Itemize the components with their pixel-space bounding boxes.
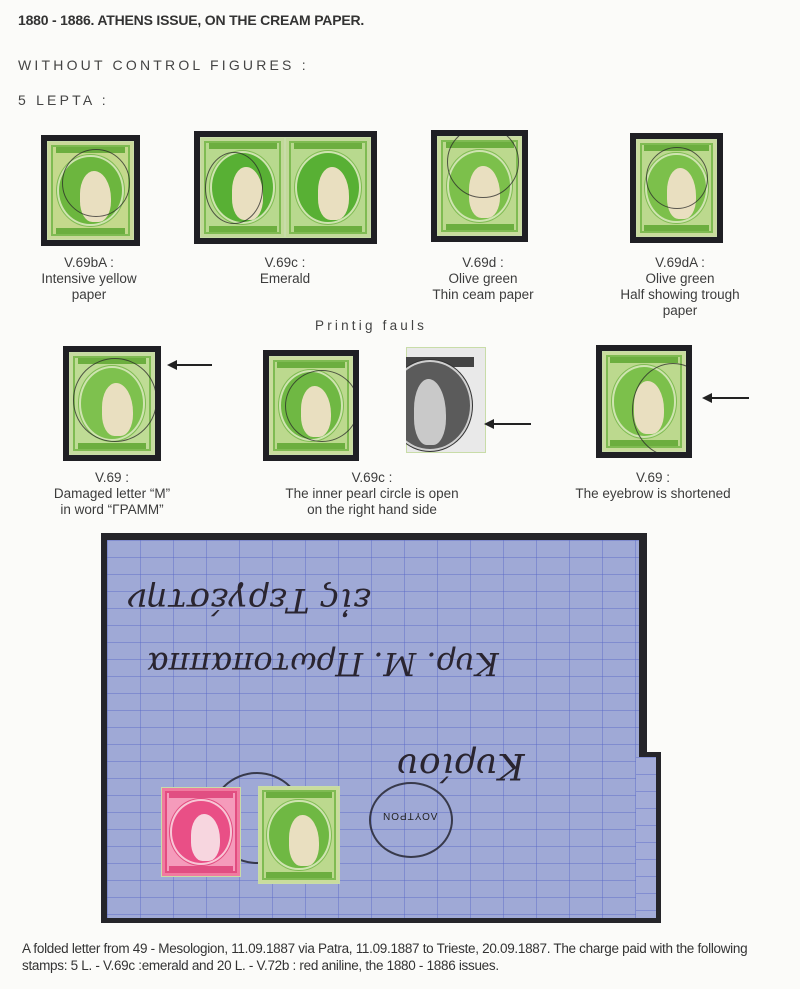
caption-fault-pearl-circle: V.69c : The inner pearl circle is open o… bbox=[285, 470, 458, 518]
caption-line: in word “ΓΡΑΜΜ” bbox=[54, 502, 170, 518]
handwriting-line: Κυρίου bbox=[397, 745, 525, 786]
cover-description: A folded letter from 49 - Mesologion, 11… bbox=[22, 940, 792, 974]
cover-paper-flap bbox=[636, 757, 656, 918]
stamp-5-lepta bbox=[636, 139, 717, 237]
stamp-5-lepta-emerald bbox=[258, 786, 340, 884]
catalog-number: V.69c : bbox=[285, 470, 458, 486]
caption-v69ba: V.69bA : Intensive yellow paper bbox=[41, 255, 136, 303]
cancellation-mark bbox=[62, 149, 130, 217]
caption-v69c: V.69c : Emerald bbox=[260, 255, 310, 287]
caption-line: Half showing trough bbox=[620, 287, 739, 303]
caption-line: paper bbox=[41, 287, 136, 303]
catalog-number: V.69 : bbox=[575, 470, 730, 486]
printing-faults-heading: Printig fauls bbox=[315, 318, 427, 333]
cancellation-mark bbox=[73, 358, 155, 442]
postmark-text: ΛΟΥΤΡΟΝ bbox=[382, 810, 437, 821]
stamp-5-lepta bbox=[47, 141, 134, 240]
caption-v69d: V.69d : Olive green Thin ceam paper bbox=[432, 255, 533, 303]
caption-line: The eyebrow is shortened bbox=[575, 486, 730, 502]
arrow-left-icon bbox=[176, 364, 212, 366]
cancellation-mark bbox=[646, 147, 708, 209]
catalog-number: V.69dA : bbox=[620, 255, 739, 271]
handwriting-line: εἰς Τεργέστην bbox=[127, 580, 371, 620]
stamp-5-lepta bbox=[285, 137, 371, 238]
stamp-5-lepta bbox=[602, 351, 686, 452]
caption-fault-damaged-m: V.69 : Damaged letter “M” in word “ΓΡΑΜΜ… bbox=[54, 470, 170, 518]
enlarged-stamp-detail bbox=[406, 347, 486, 453]
page-title: 1880 - 1886. ATHENS ISSUE, ON THE CREAM … bbox=[18, 12, 364, 28]
stamp-5-lepta bbox=[69, 352, 155, 455]
caption-line: Intensive yellow bbox=[41, 271, 136, 287]
caption-v69da: V.69dA : Olive green Half showing trough… bbox=[620, 255, 739, 319]
catalog-number: V.69bA : bbox=[41, 255, 136, 271]
cancellation-mark bbox=[205, 152, 263, 224]
caption-line: Damaged letter “M” bbox=[54, 486, 170, 502]
caption-line: Thin ceam paper bbox=[432, 287, 533, 303]
arrow-left-icon bbox=[493, 423, 531, 425]
stamp-5-lepta bbox=[200, 137, 285, 238]
stamp-5-lepta bbox=[269, 356, 353, 455]
catalog-number: V.69d : bbox=[432, 255, 533, 271]
handwriting-line: Κυρ. Μ. Πρωτοπαππα bbox=[147, 645, 499, 683]
arrow-left-icon bbox=[711, 397, 749, 399]
catalog-number: V.69 : bbox=[54, 470, 170, 486]
caption-line: Olive green bbox=[432, 271, 533, 287]
caption-fault-eyebrow: V.69 : The eyebrow is shortened bbox=[575, 470, 730, 502]
caption-line: Emerald bbox=[260, 271, 310, 287]
caption-line: paper bbox=[620, 303, 739, 319]
subsection-heading: 5 LEPTA : bbox=[18, 92, 109, 108]
section-heading: WITHOUT CONTROL FIGURES : bbox=[18, 57, 309, 73]
stamp-5-lepta bbox=[437, 136, 522, 236]
caption-line: Olive green bbox=[620, 271, 739, 287]
caption-line: The inner pearl circle is open bbox=[285, 486, 458, 502]
cancellation-mark bbox=[285, 370, 353, 442]
catalog-number: V.69c : bbox=[260, 255, 310, 271]
caption-line: on the right hand side bbox=[285, 502, 458, 518]
stamp-20-lepta-red-aniline bbox=[161, 787, 241, 877]
